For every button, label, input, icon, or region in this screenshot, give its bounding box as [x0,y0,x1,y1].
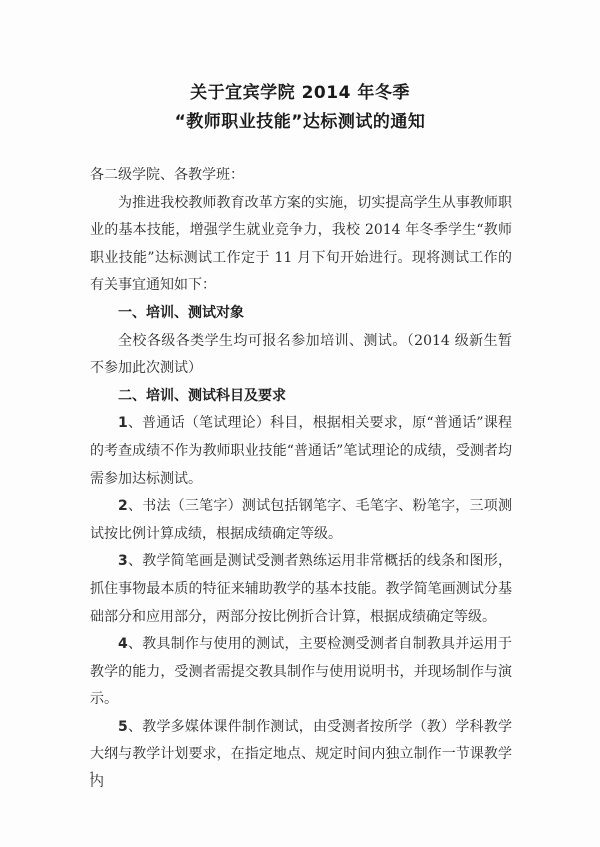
item-text: 、书法（三笔字）测试包括钢笔字、毛笔字、粉笔字，三项测试按比例计算成绩，根据成绩… [90,498,512,542]
page-number: 1 [89,771,95,782]
item-number: 5 [118,719,128,735]
item-text: 、普通话（笔试理论）科目，根据相关要求，原“普通话”课程的考查成绩不作为教师职业… [90,415,512,486]
document-body: 各二级学院、各教学班： 为推进我校教师教育改革方案的实施，切实提高学生从事教师职… [90,162,512,797]
item-text: 、教学简笔画是测试受测者熟练运用非常概括的线条和图形，抓住事物最本质的特征来辅助… [90,553,512,624]
salutation: 各二级学院、各教学班： [90,162,512,190]
section2-item-1: 1、普通话（笔试理论）科目，根据相关要求，原“普通话”课程的考查成绩不作为教师职… [90,410,512,493]
item-text: 、教学多媒体课件制作测试，由受测者按所学（教）学科教学大纲与教学计划要求，在指定… [90,719,512,790]
item-number: 4 [118,636,128,652]
section2-item-3: 3、教学简笔画是测试受测者熟练运用非常概括的线条和图形，抓住事物最本质的特征来辅… [90,548,512,631]
section2-item-5: 5、教学多媒体课件制作测试，由受测者按所学（教）学科教学大纲与教学计划要求，在指… [90,714,512,797]
section2-item-2: 2、书法（三笔字）测试包括钢笔字、毛笔字、粉笔字，三项测试按比例计算成绩，根据成… [90,493,512,548]
document-title-line1: 关于宜宾学院 2014 年冬季 [0,78,600,103]
item-number: 3 [118,553,128,569]
section2-item-4: 4、教具制作与使用的测试，主要检测受测者自制教具并运用于教学的能力，受测者需提交… [90,631,512,714]
document-page: 关于宜宾学院 2014 年冬季 “教师职业技能”达标测试的通知 各二级学院、各教… [0,0,600,847]
document-title-line2: “教师职业技能”达标测试的通知 [0,107,600,132]
section1-heading: 一、培训、测试对象 [90,300,512,328]
intro-paragraph: 为推进我校教师教育改革方案的实施，切实提高学生从事教师职业的基本技能，增强学生就… [90,190,512,300]
section2-heading: 二、培训、测试科目及要求 [90,383,512,411]
section1-text: 全校各级各类学生均可报名参加培训、测试。（2014 级新生暂不参加此次测试） [90,328,512,383]
item-text: 、教具制作与使用的测试，主要检测受测者自制教具并运用于教学的能力，受测者需提交教… [90,636,512,707]
item-number: 1 [118,415,128,431]
item-number: 2 [118,498,128,514]
